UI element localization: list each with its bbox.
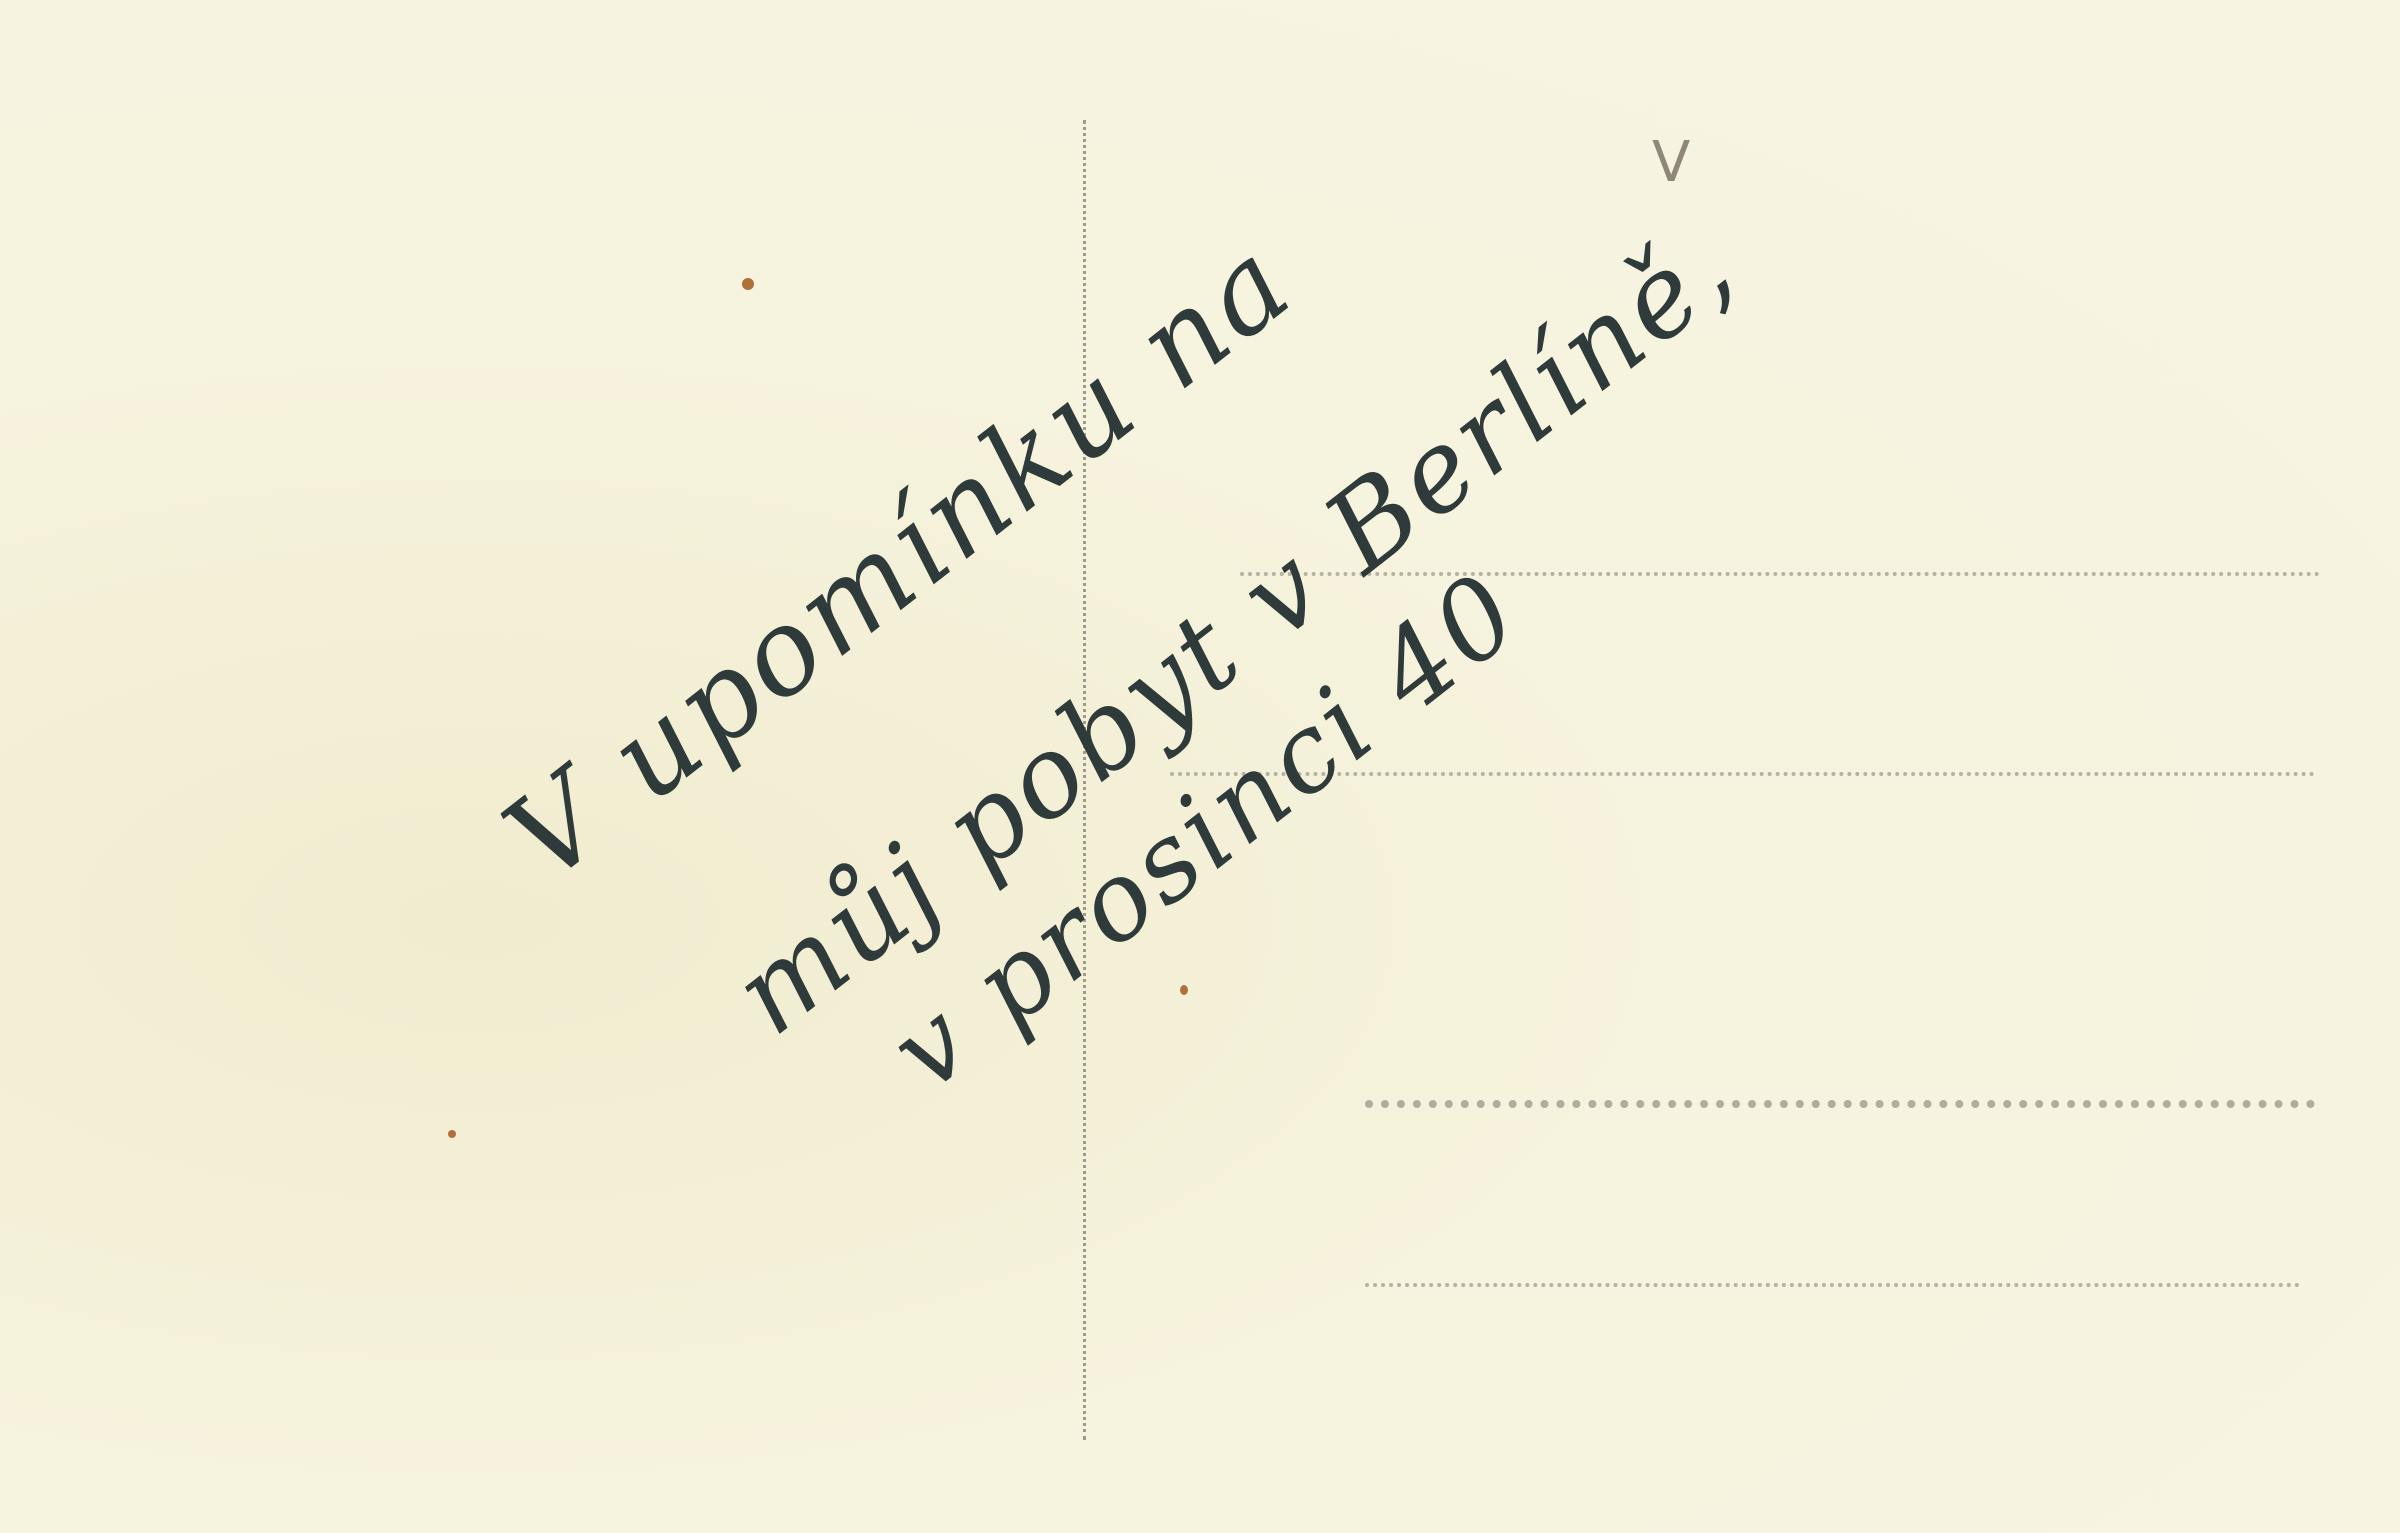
postcard-back: V upomínku na můj pobyt v Berlíně, v pro…	[0, 0, 2400, 1533]
foxing-spot	[1180, 985, 1188, 995]
foxing-spot	[742, 278, 754, 290]
pencil-mark: V	[1652, 130, 1690, 195]
foxing-spot	[448, 1130, 456, 1138]
address-line-4	[1365, 1283, 2300, 1287]
address-line-3	[1365, 1100, 2315, 1108]
